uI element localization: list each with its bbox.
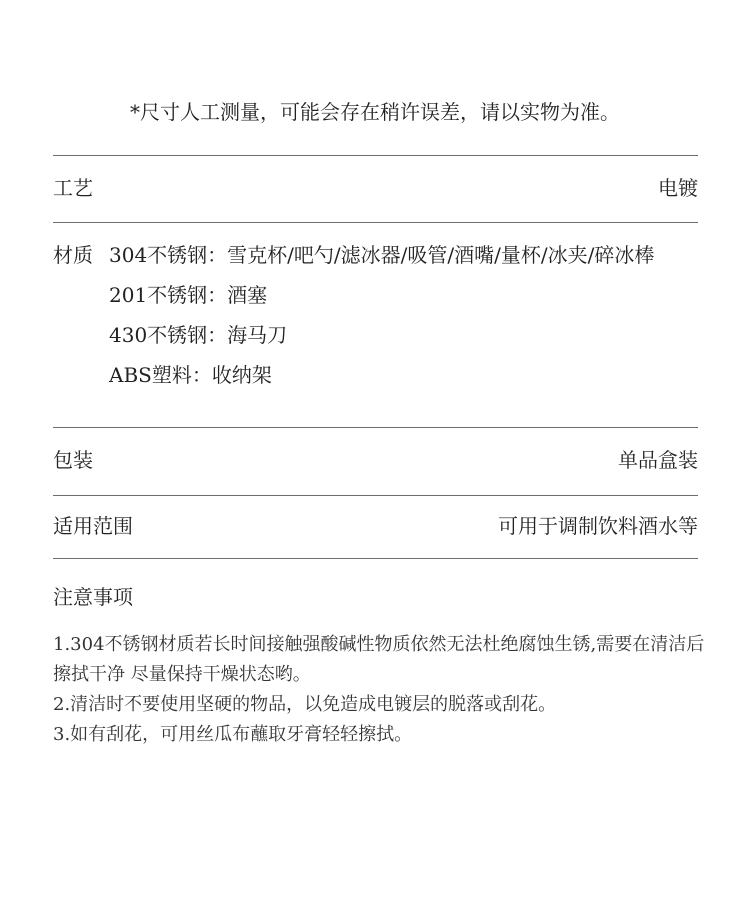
material-line: 304不锈钢：雪克杯/吧勺/滤冰器/吸管/酒嘴/量杯/冰夹/碎冰棒: [109, 242, 654, 268]
notice-item: 3.如有刮花，可用丝瓜布蘸取牙膏轻轻擦拭。: [53, 720, 713, 750]
material-line: ABS塑料：收纳架: [109, 362, 272, 388]
spec-row-usage: 适用范围 可用于调制饮料酒水等: [53, 513, 698, 539]
notice-item: 1.304不锈钢材质若长时间接触强酸碱性物质依然无法杜绝腐蚀生锈,需要在清洁后擦…: [53, 630, 713, 690]
spec-label-craft: 工艺: [53, 175, 93, 201]
measurement-disclaimer: *尺寸人工测量，可能会存在稍许误差，请以实物为准。: [0, 99, 750, 125]
divider: [53, 495, 698, 496]
divider: [53, 155, 698, 156]
material-line: 430不锈钢：海马刀: [109, 322, 287, 348]
material-line: 201不锈钢：酒塞: [109, 282, 267, 308]
spec-value-usage: 可用于调制饮料酒水等: [498, 513, 698, 539]
notice-item: 2.清洁时不要使用坚硬的物品，以免造成电镀层的脱落或刮花。: [53, 690, 713, 720]
spec-value-packaging: 单品盒装: [618, 447, 698, 473]
spec-label-usage: 适用范围: [53, 513, 133, 539]
spec-row-craft: 工艺 电镀: [53, 175, 698, 201]
spec-value-craft: 电镀: [658, 175, 698, 201]
spec-label-packaging: 包装: [53, 447, 93, 473]
divider: [53, 427, 698, 428]
spec-row-packaging: 包装 单品盒装: [53, 447, 698, 473]
spec-label-material: 材质: [53, 242, 93, 268]
divider: [53, 222, 698, 223]
notice-list: 1.304不锈钢材质若长时间接触强酸碱性物质依然无法杜绝腐蚀生锈,需要在清洁后擦…: [53, 630, 713, 750]
divider: [53, 558, 698, 559]
notice-title: 注意事项: [53, 584, 133, 610]
